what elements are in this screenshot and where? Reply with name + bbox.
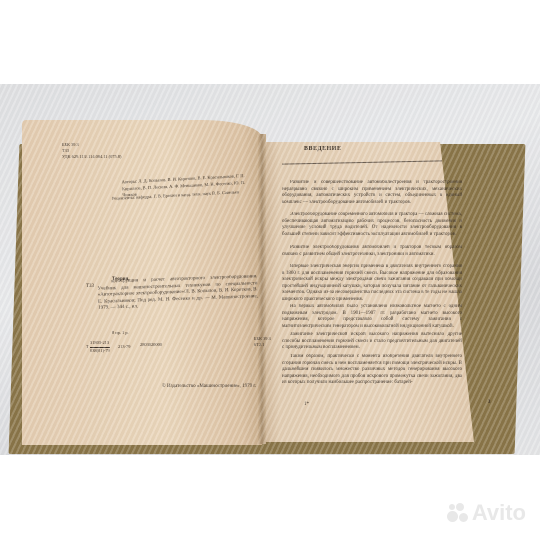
fraction-bottom: 038(01)-79 — [90, 347, 110, 355]
fraction-mid: 213-79 — [118, 344, 130, 351]
intro-paragraph-2: Электрооборудование современного автомоб… — [282, 212, 462, 245]
catalog-code-udk: УДК 629.113/.114.004.11 (075.8) — [62, 154, 121, 161]
intro-paragraph-4: Впервые электрическая энергия применена … — [282, 264, 462, 304]
book-gutter — [258, 134, 266, 444]
price-line: 8 пр. 1 р. — [112, 330, 129, 337]
udk-right: 6Т2.1 — [254, 342, 264, 349]
signature-mark: 1* — [304, 402, 309, 409]
intro-paragraph-6: Зажигание электрической искрой высокого … — [282, 332, 462, 354]
intro-paragraph-7: Таким образом, практически с момента изо… — [282, 354, 462, 396]
annotation-text: конструкция и расчет автотракторного эле… — [97, 274, 259, 326]
intro-paragraph-3: Развитие электрооборудования автомобилей… — [282, 245, 462, 264]
intro-paragraph-1: Развитие и совершенствование автомобилес… — [282, 180, 462, 212]
book-photo: ББК 39.3 Т33 УДК 629.113/.114.004.11 (07… — [0, 84, 540, 455]
title-code: Т33 — [86, 284, 94, 291]
fraction-prefix: Т — [86, 344, 89, 351]
introduction-heading: ВВЕДЕНИЕ — [304, 146, 341, 153]
intro-paragraph-5: На первых автомобилях было установлено н… — [282, 304, 462, 332]
isbn-number: 2803020000 — [140, 342, 162, 349]
page-number: 3 — [488, 400, 491, 407]
copyright-line: © Издательство «Машиностроение», 1979 г. — [162, 384, 256, 391]
fraction-top: 31803-213 — [90, 340, 109, 347]
avito-logo-icon — [447, 503, 469, 523]
avito-watermark: Avito — [447, 500, 526, 526]
avito-watermark-text: Avito — [472, 500, 526, 526]
